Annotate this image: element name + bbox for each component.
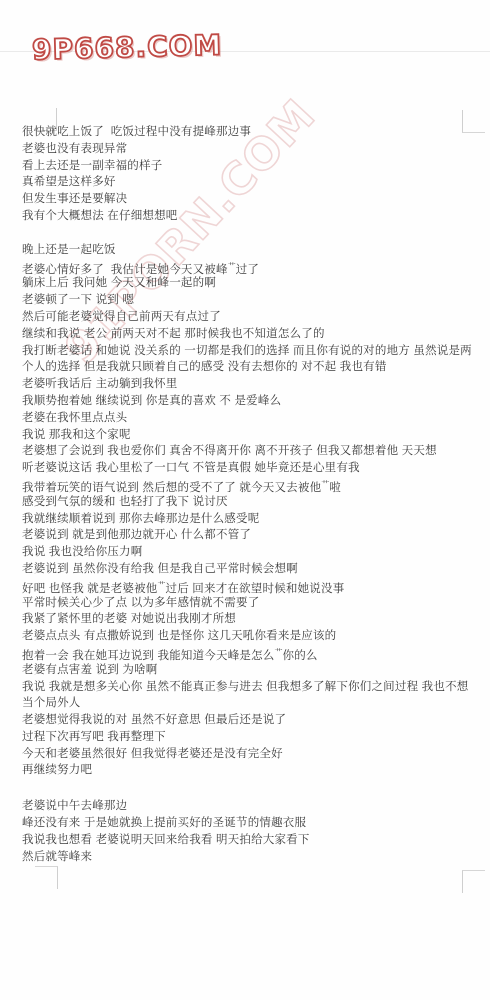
text-line: 躺床上后 我问她 今天又和峰一起的啊	[22, 275, 474, 292]
text-line: 今天和老婆虽然很好 但我觉得老婆还是没有完全好	[22, 746, 474, 763]
text-line: 过程下次再写吧 我再整理下	[22, 729, 474, 746]
text-line: 再继续努力吧	[22, 762, 474, 779]
paragraph: 很快就吃上饭了 吃饭过程中没有提峰那边事老婆也没有表现异常看上去还是一副幸福的样…	[22, 124, 474, 225]
text-line: 抱着一会 我在她耳边说到 我能知道今天峰是怎么艹你的么	[22, 645, 474, 662]
site-logo-watermark: 9P668.COM	[32, 29, 223, 67]
text-line: 老婆想觉得我说的对 虽然不好意思 但最后还是说了	[22, 712, 474, 729]
text-line: 我带着玩笑的语气说到 然后想的受不了了 就今天又去被他艹啦	[22, 477, 474, 494]
text-line: 我打断老婆话 和她说 没关系的 一切都是我们的选择 而且你有说的对的地方 虽然说…	[22, 343, 474, 360]
text-line: 老婆想了会说到 我也爱你们 真舍不得离开你 离不开孩子 但我又都想着他 天天想	[22, 443, 474, 460]
text-line: 听老婆说这话 我心里松了一口气 不管是真假 她毕竟还是心里有我	[22, 460, 474, 477]
text-line: 老婆也没有表现异常	[22, 141, 474, 158]
text-line: 个人的选择 但是我就只顾着自己的感受 没有去想你的 对不起 我也有错	[22, 359, 474, 376]
text-line: 老婆在我怀里点点头	[22, 410, 474, 427]
text-line: 好吧 也怪我 就是老婆被他艹过后 回来才在欲望时候和她说没事	[22, 578, 474, 595]
text-line: 老婆说到 就是到他那边就开心 什么都不管了	[22, 527, 474, 544]
text-line: 老婆点点头 有点撒娇说到 也是怪你 这几天吼你看来是应该的	[22, 628, 474, 645]
text-line: 看上去还是一副幸福的样子	[22, 158, 474, 175]
text-line: 平常时候关心少了点 以为多年感情就不需要了	[22, 595, 474, 612]
censor-superscript: 艹	[275, 648, 283, 657]
text-line: 我说我也想看 老婆说明天回来给我看 明天拍给大家看下	[22, 832, 474, 849]
text-line: 然后就等峰来	[22, 849, 474, 866]
text-line: 很快就吃上饭了 吃饭过程中没有提峰那边事	[22, 124, 474, 141]
text-line: 当个局外人	[22, 695, 474, 712]
paragraph: 老婆说中午去峰那边峰还没有来 于是她就换上提前买好的圣诞节的情趣衣服我说我也想看…	[22, 798, 474, 865]
text-line: 我说 我也没给你压力啊	[22, 544, 474, 561]
text-line: 但发生事还是要解决	[22, 191, 474, 208]
text-line: 真希望是这样多好	[22, 174, 474, 191]
censor-superscript: 艹	[158, 581, 166, 590]
text-line: 然后可能老婆觉得自己前两天有点过了	[22, 309, 474, 326]
paragraph: 晚上还是一起吃饭老婆心情好多了 我估计是她今天又被峰艹过了躺床上后 我问她 今天…	[22, 242, 474, 780]
text-line: 老婆说到 虽然你没有给我 但是我自己平常时候会想啊	[22, 561, 474, 578]
censor-superscript: 艹	[228, 262, 236, 271]
text-line: 老婆顿了一下 说到 嗯	[22, 292, 474, 309]
text-boundary-corner-bottom-left	[35, 866, 58, 889]
text-line: 我顺势抱着她 继续说到 你是真的喜欢 不 是爱峰么	[22, 393, 474, 410]
text-line: 老婆听我话后 主动躺到我怀里	[22, 376, 474, 393]
censor-superscript: 艹	[321, 480, 329, 489]
text-line: 老婆说中午去峰那边	[22, 798, 474, 815]
text-line: 老婆有点害羞 说到 为啥啊	[22, 662, 474, 679]
text-line: 我有个大概想法 在仔细想想吧	[22, 208, 474, 225]
text-boundary-corner-bottom-right	[462, 870, 485, 893]
text-line: 我说 我就是想多关心你 虽然不能真正参与进去 但我想多了解下你们之间过程 我也不…	[22, 679, 474, 696]
text-line: 继续和我说 老公 前两天对不起 那时候我也不知道怎么了的	[22, 326, 474, 343]
text-line: 感受到气氛的缓和 也轻打了我下 说讨厌	[22, 494, 474, 511]
page-background: 9P668.COM 91PORN.COM 很快就吃上饭了 吃饭过程中没有提峰那边…	[0, 0, 490, 1000]
text-line: 峰还没有来 于是她就换上提前买好的圣诞节的情趣衣服	[22, 815, 474, 832]
text-line: 我紧了紧怀里的老婆 对她说出我刚才所想	[22, 611, 474, 628]
document-body: 很快就吃上饭了 吃饭过程中没有提峰那边事老婆也没有表现异常看上去还是一副幸福的样…	[22, 124, 474, 865]
text-line: 晚上还是一起吃饭	[22, 242, 474, 259]
text-line: 老婆心情好多了 我估计是她今天又被峰艹过了	[22, 259, 474, 276]
text-line: 我就继续顺着说到 那你去峰那边是什么感受呢	[22, 511, 474, 528]
text-line: 我说 那我和这个家呢	[22, 427, 474, 444]
